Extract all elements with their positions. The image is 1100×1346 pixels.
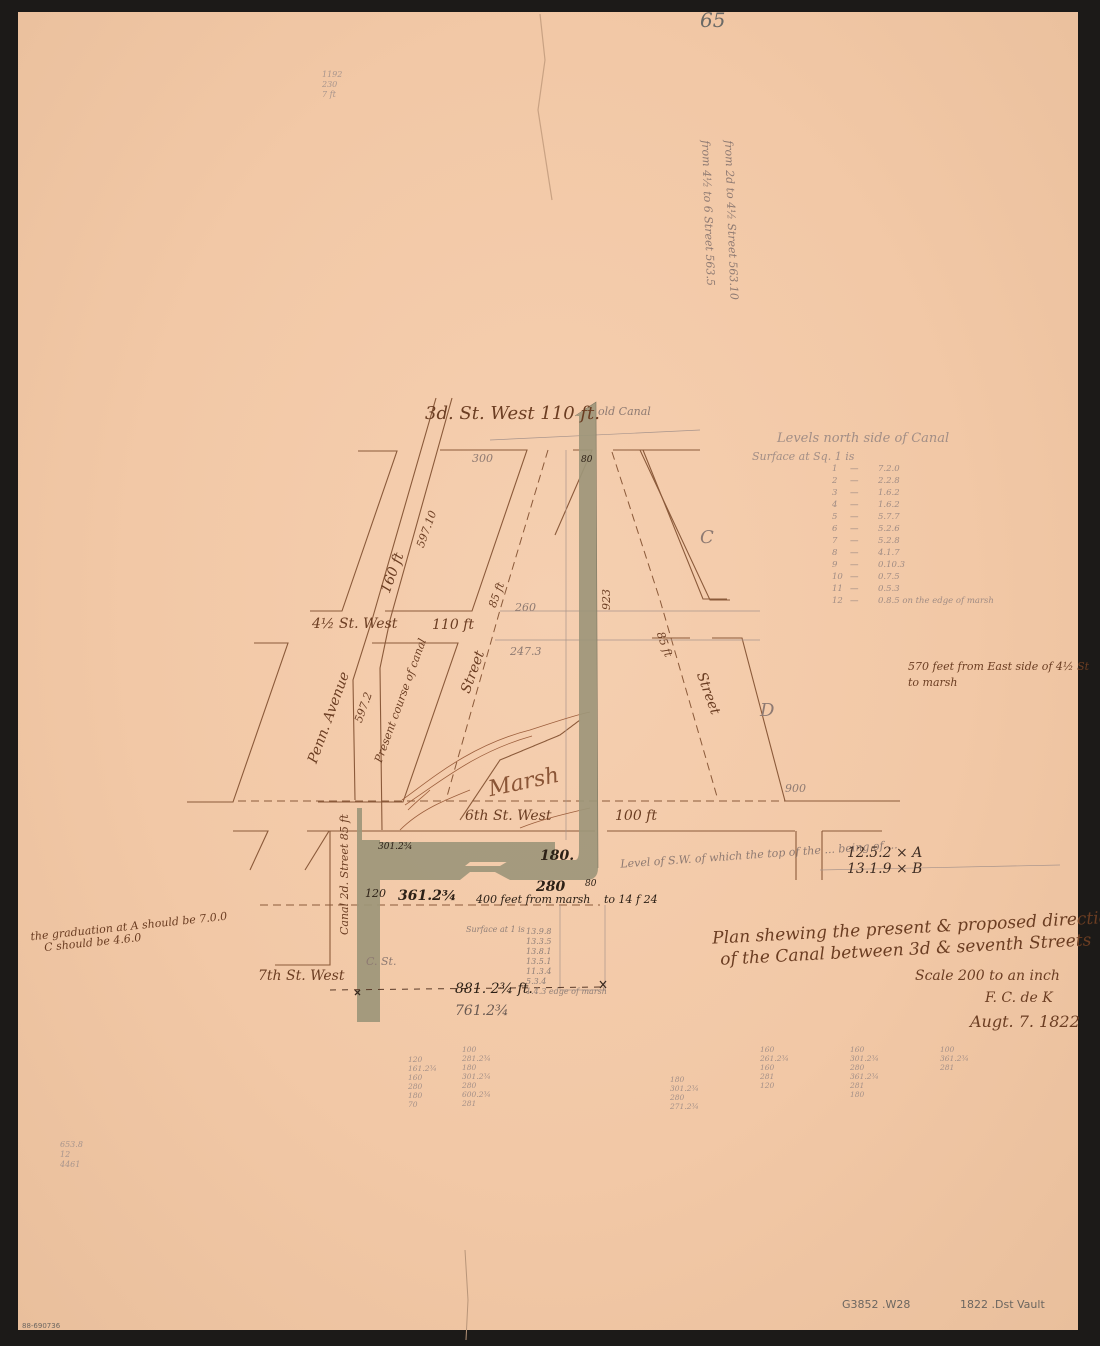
levels-row-value: 0.10.3	[878, 559, 905, 571]
distance-note-1: 570 feet from East side of 4½ St	[908, 660, 1089, 673]
dim-900: 900	[785, 782, 806, 795]
levels-row-value: 0.7.5	[878, 571, 900, 583]
distance-note-2: to marsh	[908, 676, 958, 689]
dash: —	[850, 571, 878, 583]
calculation-line: 361.2¾	[850, 1072, 879, 1081]
levels-row-value: 7.2.0	[878, 463, 900, 475]
calculation-line: 12	[60, 1150, 83, 1160]
dash: —	[850, 499, 878, 511]
seventh-street-label: 7th St. West	[258, 968, 344, 984]
calculation-line: 160	[408, 1073, 437, 1082]
calculation-line: 301.2¾	[670, 1084, 699, 1093]
dash: —	[850, 511, 878, 523]
levels-row-value: 4.1.7	[878, 547, 900, 559]
calculation-block: 160301.2¾280361.2¾281180	[850, 1045, 879, 1099]
calculation-line: 600.2¾	[462, 1090, 491, 1099]
levels-row-value: 0.8.5 on the edge of marsh	[878, 595, 994, 607]
calculation-line: 281	[940, 1063, 969, 1072]
canal-plan-drawing	[0, 0, 1100, 1346]
calculation-line: 180	[850, 1090, 879, 1099]
dim-247: 247.3	[510, 645, 542, 658]
levels-row: 10—0.7.5	[832, 571, 994, 583]
point-d: D	[760, 700, 774, 721]
dash: —	[850, 559, 878, 571]
dash: —	[850, 523, 878, 535]
calculation-line: 100	[940, 1045, 969, 1054]
calculation-block: 120161.2¾16028018070	[408, 1055, 437, 1109]
paper-crack	[538, 14, 552, 200]
calculation-line: 160	[760, 1063, 789, 1072]
levels-header: Surface at Sq. 1 is	[752, 451, 994, 463]
calculation-line: 120	[760, 1081, 789, 1090]
levels-row-value: 2.2.8	[878, 475, 900, 487]
negative-number: 88-690736	[22, 1322, 60, 1330]
date-label: Augt. 7. 1822	[970, 1012, 1080, 1031]
dash: —	[850, 547, 878, 559]
dim-180a: 180.	[540, 848, 574, 864]
calculation-line: 100	[462, 1045, 491, 1054]
calculation-line: 301.2¾	[462, 1072, 491, 1081]
levels-row: 1—7.2.0	[832, 463, 994, 475]
levels-row-value: 1.6.2	[878, 487, 900, 499]
dim-301: 301.2¾	[378, 842, 413, 852]
levels-row-number: 2	[832, 475, 850, 487]
calculation-line: 261.2¾	[760, 1054, 789, 1063]
levels-row-value: 0.5.3	[878, 583, 900, 595]
calculation-block: 160261.2¾160281120	[760, 1045, 789, 1090]
calculation-line: 280	[462, 1081, 491, 1090]
dist-14-24: to 14 f 24	[604, 893, 658, 906]
sounding-value: 5.3.4	[526, 977, 607, 987]
levels-row: 11—0.5.3	[832, 583, 994, 595]
four-half-street-label: 4½ St. West	[312, 616, 397, 632]
levels-row-number: 11	[832, 583, 850, 595]
levels-row: 3—1.6.2	[832, 487, 994, 499]
dist-400-marsh: 400 feet from marsh	[476, 893, 590, 906]
calculation-block: 180301.2¾280271.2¾	[670, 1075, 699, 1111]
levels-row-value: 1.6.2	[878, 499, 900, 511]
dash: —	[850, 463, 878, 475]
dash: —	[850, 535, 878, 547]
dim-80-top: 80	[581, 455, 592, 465]
soundings-table: Surface at 1 is 13.9.813.3.513.8.113.5.1…	[466, 925, 607, 997]
levels-row: 4—1.6.2	[832, 499, 994, 511]
levels-row: 5—5.7.7	[832, 511, 994, 523]
levels-row: 9—0.10.3	[832, 559, 994, 571]
levels-row: 12—0.8.5 on the edge of marsh	[832, 595, 994, 607]
levels-row: 2—2.2.8	[832, 475, 994, 487]
calculation-line: 271.2¾	[670, 1102, 699, 1111]
level-a: 12.5.2 × A	[847, 845, 922, 861]
calculation-line: 280	[670, 1093, 699, 1102]
dim-761: 761.2¾	[455, 1003, 509, 1019]
dash: —	[850, 487, 878, 499]
dim-923: 923	[600, 589, 613, 610]
levels-title: Levels north side of Canal	[777, 433, 994, 445]
calculation-line: 281	[850, 1081, 879, 1090]
sounding-value: 13.9.8	[526, 927, 607, 937]
point-c: C	[700, 527, 714, 548]
calculation-line: 160	[850, 1045, 879, 1054]
sixth-street-width: 100 ft	[615, 808, 657, 824]
calculation-line: 653.8	[60, 1140, 83, 1150]
calculation-block: 100361.2¾281	[940, 1045, 969, 1072]
scale-label: Scale 200 to an inch	[915, 968, 1060, 984]
calculation-line: 180	[670, 1075, 699, 1084]
calculation-line: 281	[760, 1072, 789, 1081]
calculation-line: 361.2¾	[940, 1054, 969, 1063]
levels-row-number: 8	[832, 547, 850, 559]
levels-row-number: 12	[832, 595, 850, 607]
calculation-line: 70	[408, 1100, 437, 1109]
calculation-line: 281	[462, 1099, 491, 1108]
sounding-value: 13.8.1	[526, 947, 607, 957]
calculation-line: 120	[408, 1055, 437, 1064]
dash: —	[850, 595, 878, 607]
sounding-value: 13.3.5	[526, 937, 607, 947]
levels-row-value: 5.2.8	[878, 535, 900, 547]
dash: —	[850, 583, 878, 595]
sounding-value: 13.5.1	[526, 957, 607, 967]
calculation-line: 180	[462, 1063, 491, 1072]
third-street-label: 3d. St. West 110 ft.	[425, 403, 600, 424]
calculation-block: 100281.2¾180301.2¾280600.2¾281	[462, 1045, 491, 1108]
levels-row-number: 7	[832, 535, 850, 547]
levels-row-number: 1	[832, 463, 850, 475]
calculation-line: 280	[850, 1063, 879, 1072]
level-b: 13.1.9 × B	[847, 861, 922, 877]
old-canal-label: old Canal	[598, 405, 651, 418]
calculation-line: 301.2¾	[850, 1054, 879, 1063]
levels-row-number: 5	[832, 511, 850, 523]
calculation-line: 280	[408, 1082, 437, 1091]
levels-row-value: 5.7.7	[878, 511, 900, 523]
c-street-label: C. St.	[366, 955, 396, 968]
dim-120: 120	[365, 887, 386, 900]
sheet-number: 65	[700, 8, 725, 32]
calculation-line: 160	[760, 1045, 789, 1054]
calculation-line: 1192	[322, 70, 342, 80]
canal-side-note: Canal 2d. Street 85 ft	[338, 814, 351, 935]
levels-row: 6—5.2.6	[832, 523, 994, 535]
dash: —	[850, 475, 878, 487]
calculation-line: 7 ft	[322, 90, 342, 100]
vault-label: 1822 .Dst Vault	[960, 1298, 1045, 1311]
calculation-line: 161.2¾	[408, 1064, 437, 1073]
calculation-line: 4461	[60, 1160, 83, 1170]
sounding-value: 1.4.3 edge of marsh	[526, 987, 607, 997]
levels-row-number: 6	[832, 523, 850, 535]
levels-row-value: 5.2.6	[878, 523, 900, 535]
levels-row: 8—4.1.7	[832, 547, 994, 559]
levels-row-number: 4	[832, 499, 850, 511]
calculation-line: 281.2¾	[462, 1054, 491, 1063]
sixth-street-label: 6th St. West	[465, 808, 551, 824]
calculation-line: 180	[408, 1091, 437, 1100]
dim-80-bottom: 80	[585, 879, 596, 889]
dim-361: 361.2¾	[398, 888, 456, 904]
levels-row-number: 9	[832, 559, 850, 571]
dim-260: 260	[515, 601, 536, 614]
levels-row-number: 10	[832, 571, 850, 583]
levels-row-number: 3	[832, 487, 850, 499]
levels-row: 7—5.2.8	[832, 535, 994, 547]
four-half-street-width: 110 ft	[432, 617, 474, 633]
author-initials: F. C. de K	[985, 990, 1053, 1006]
call-number: G3852 .W28	[842, 1298, 910, 1311]
levels-table: Levels north side of Canal Surface at Sq…	[832, 477, 994, 607]
corner-calc-bottom-left: 653.8124461	[60, 1140, 83, 1170]
calculation-line: 230	[322, 80, 342, 90]
corner-calc-top-left: 11922307 ft	[322, 70, 342, 100]
sounding-value: 11.3.4	[526, 967, 607, 977]
dim-300: 300	[472, 452, 493, 465]
